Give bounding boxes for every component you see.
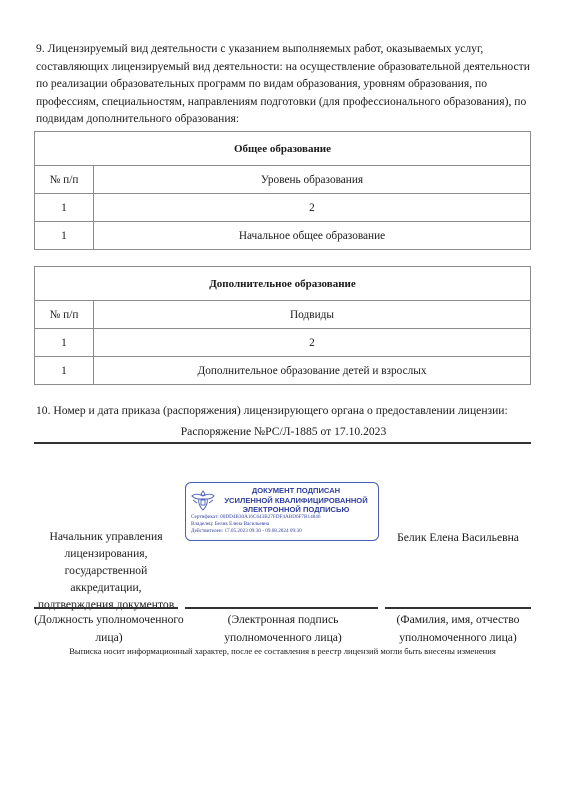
table-title: Дополнительное образование [35,267,531,301]
order-underline [34,442,531,444]
caption-position: (Должность уполномоченного лица) [34,611,184,646]
name-line [385,607,531,609]
stamp-certificate: Сертификат: 00DD4B30A16C643B27FDF4ABD6F7… [191,514,320,521]
caption-name: (Фамилия, имя, отчество уполномоченного … [385,611,531,646]
coat-of-arms-icon [190,488,216,512]
stamp-validity: Действителен: 17.05.2023 09:30 - 09.08.2… [191,528,302,535]
footnote: Выписка носит информационный характер, п… [34,646,531,656]
signature-line [185,607,378,609]
table-row: 1 Начальное общее образование [35,222,531,250]
electronic-signature-stamp: ДОКУМЕНТ ПОДПИСАН УСИЛЕННОЙ КВАЛИФИЦИРОВ… [185,482,379,541]
position-line [34,607,178,609]
signer-position: Начальник управления лицензирования, гос… [34,528,178,613]
column-number-2: 2 [94,194,531,222]
additional-education-table: Дополнительное образование № п/п Подвиды… [34,266,531,385]
column-number-2: 2 [94,329,531,357]
stamp-header-line: УСИЛЕННОЙ КВАЛИФИЦИРОВАННОЙ [216,496,376,506]
table-title: Общее образование [35,132,531,166]
section-9-text: 9. Лицензируемый вид деятельности с указ… [36,40,531,128]
order-number: Распоряжение №РС/Л-1885 от 17.10.2023 [36,425,531,438]
general-education-table: Общее образование № п/п Уровень образова… [34,131,531,250]
row-value: Начальное общее образование [94,222,531,250]
row-number: 1 [35,357,94,385]
column-header-number: № п/п [35,166,94,194]
stamp-header-line: ДОКУМЕНТ ПОДПИСАН [216,486,376,496]
column-header-subtypes: Подвиды [94,301,531,329]
column-number-1: 1 [35,329,94,357]
section-10-text: 10. Номер и дата приказа (распоряжения) … [36,404,508,417]
row-value: Дополнительное образование детей и взрос… [94,357,531,385]
table-row: 1 Дополнительное образование детей и взр… [35,357,531,385]
signer-full-name: Белик Елена Васильевна [385,531,531,544]
row-number: 1 [35,222,94,250]
stamp-owner: Владелец: Белик Елена Васильевна [191,521,269,528]
column-header-number: № п/п [35,301,94,329]
column-number-1: 1 [35,194,94,222]
caption-signature: (Электронная подпись уполномоченного лиц… [188,611,378,646]
column-header-level: Уровень образования [94,166,531,194]
